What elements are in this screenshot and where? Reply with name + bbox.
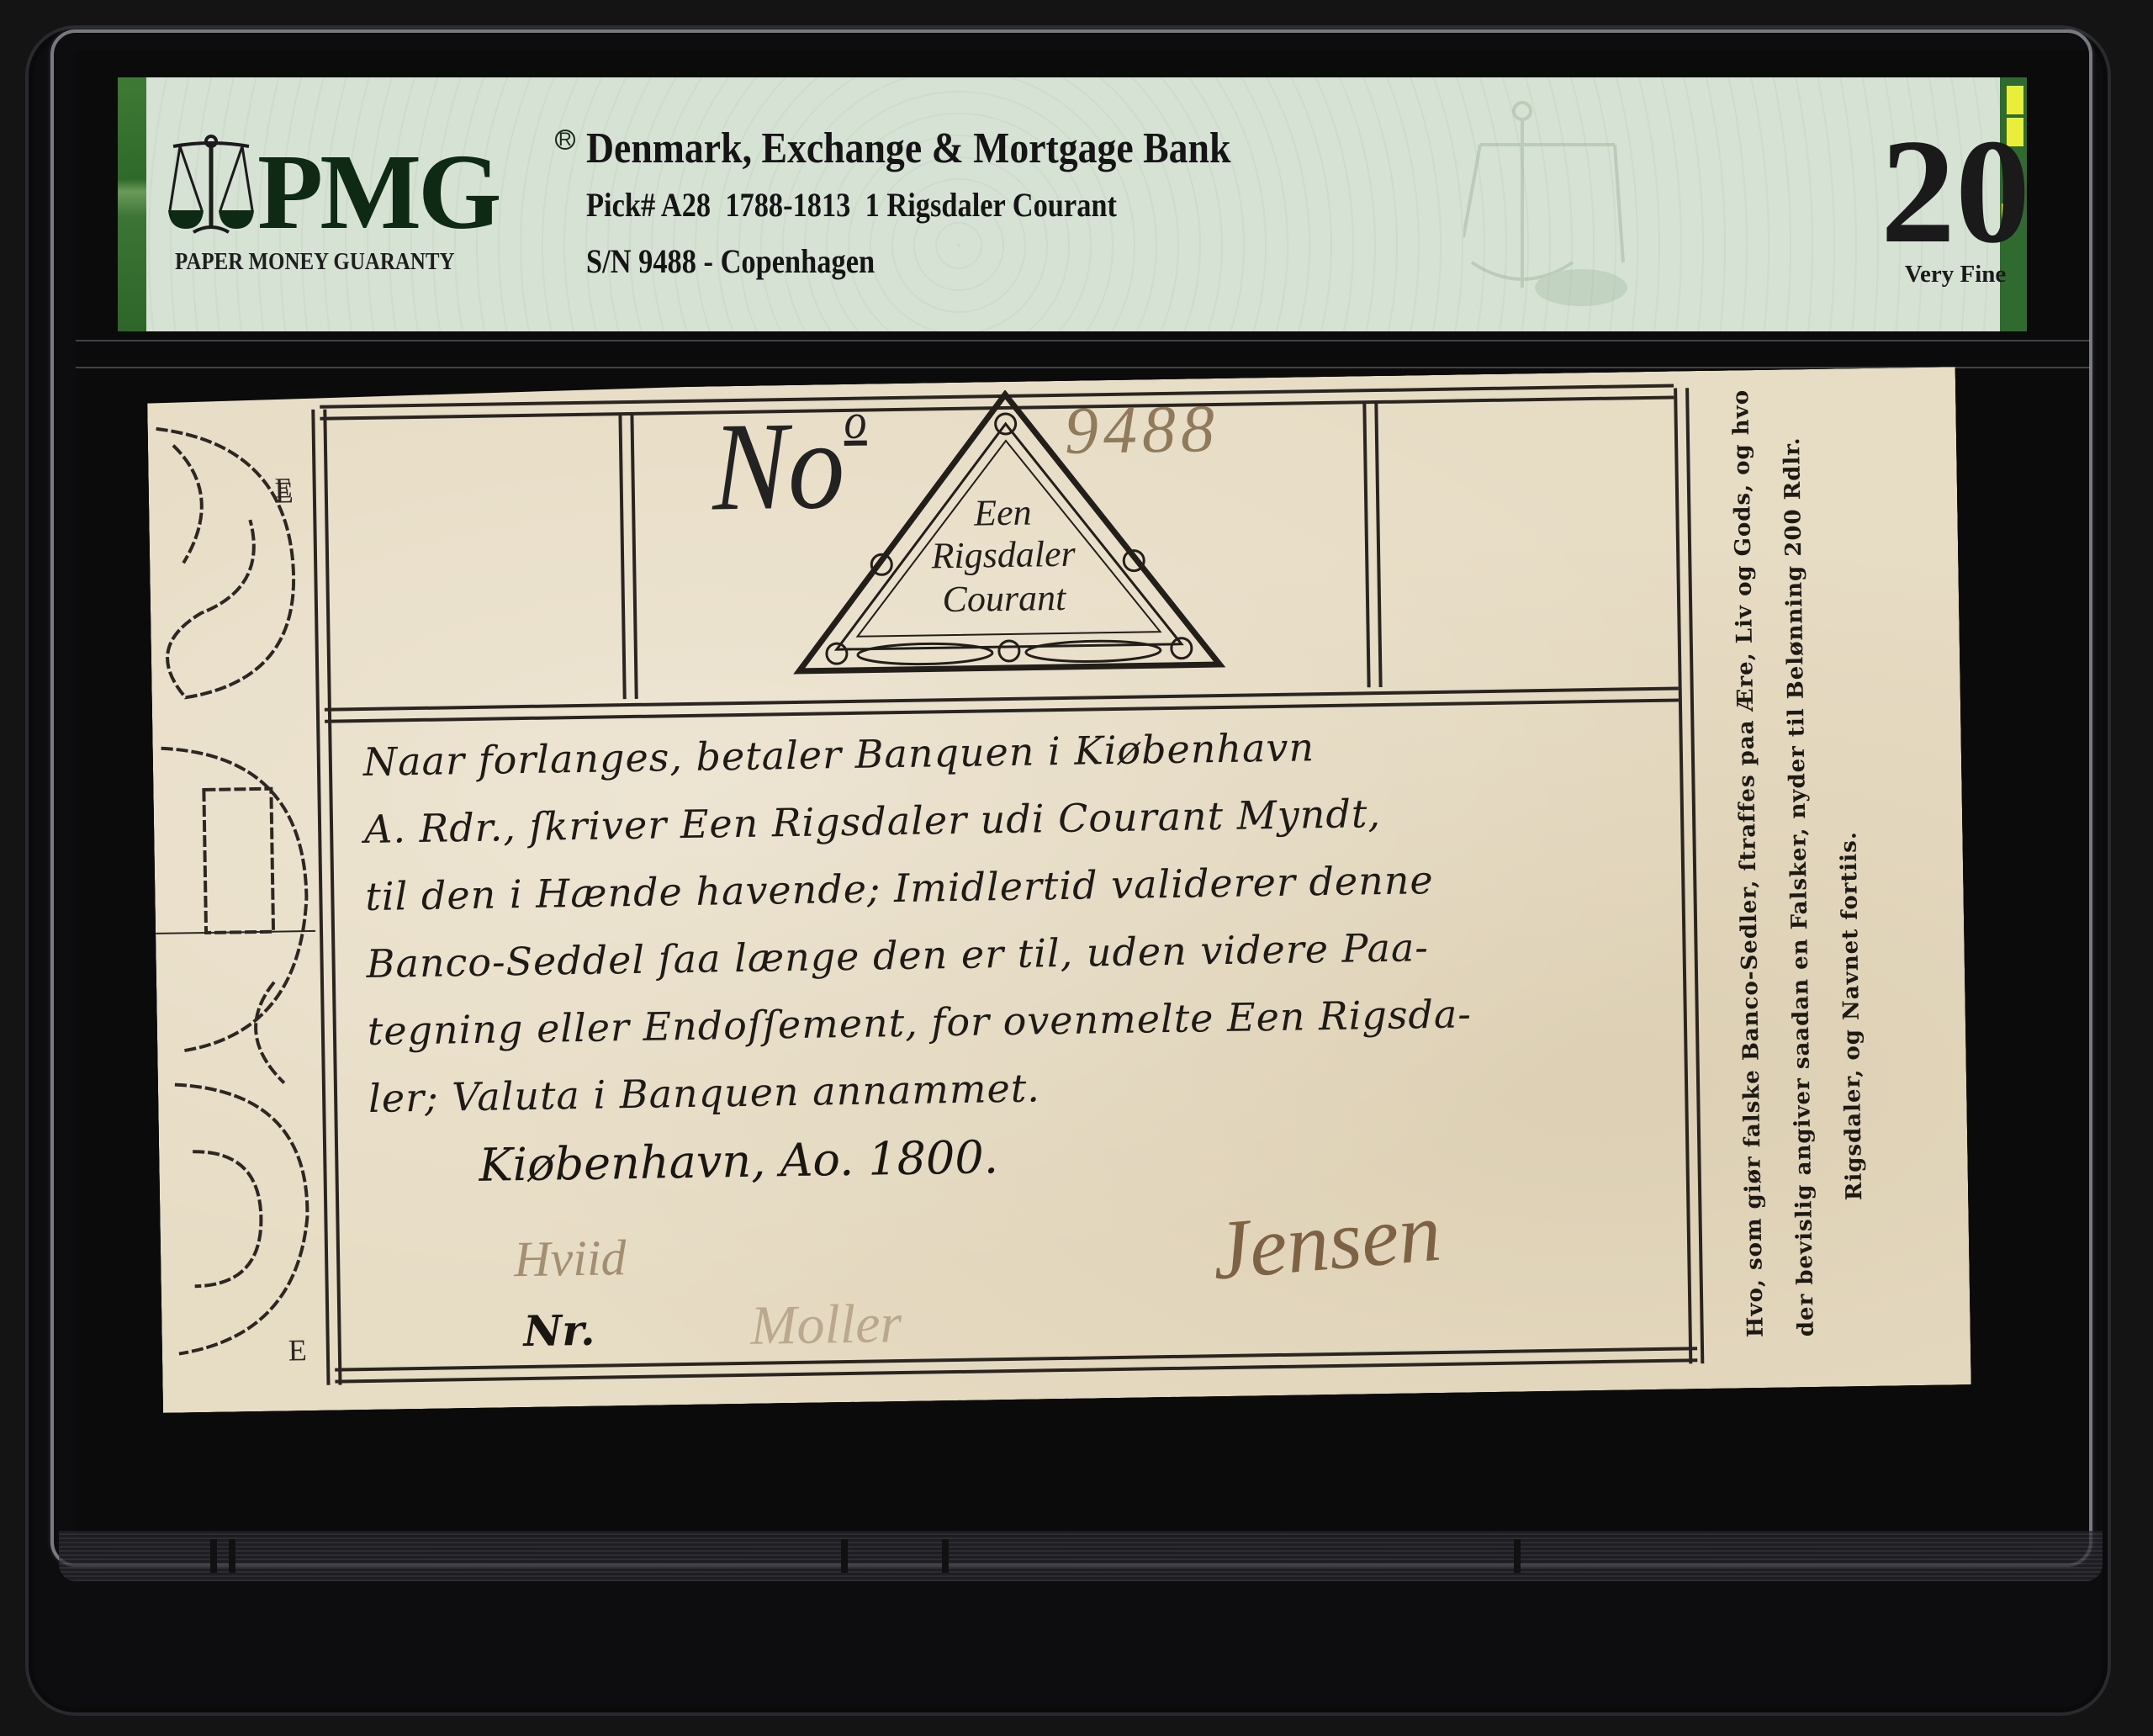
holder-rail-line [76,367,2090,368]
note-issuer-title: Denmark, Exchange & Mortgage Bank [586,124,1230,173]
side-text-column: Hvo, som giør falske Banco-Sedler, ſtraf… [1728,395,1777,1337]
seal-notch [942,1539,949,1573]
triangle-text-rigsdaler: Rigsdaler [930,533,1076,577]
seal-notch [841,1539,848,1573]
registered-trademark-icon: R [555,130,575,150]
seal-notch [229,1539,235,1573]
nr-mark: Nr. [523,1305,595,1356]
holder-seal-band [59,1531,2103,1581]
scales-watermark-icon [1463,94,1632,321]
grade-number: 20 [1859,119,2052,262]
scales-of-justice-icon [168,135,254,237]
side-penalty-text: Hvo, som giør falske Banco-Sedler, ſtraf… [1720,393,1903,1337]
seal-notch [210,1539,217,1573]
pmg-grading-label: PMG R PAPER MONEY GUARANTY Denmark, Exch… [118,77,2027,331]
holder-rail-line [76,340,2090,341]
promissory-text: Naar forlanges, betaler Banquen i Kiøben… [362,707,1689,1132]
note-serial-line: S/N 9488 - Copenhagen [586,241,875,281]
denomination-triangle: Een Rigsdaler Courant [786,387,1228,680]
pmg-logo: PMG [168,136,499,237]
side-text-column: Rigsdaler, og Navnet fortiis. [1836,831,1877,1336]
seal-notch [1514,1539,1521,1573]
pmg-tagline: PAPER MONEY GUARANTY [175,248,455,276]
grade-description: Very Fine [1859,261,2052,288]
label-green-stripe-left [118,77,146,331]
side-text-column: der bevislig angiver saadan en Falsker, … [1780,495,1828,1337]
svg-text:E: E [288,1333,308,1367]
corner-letter-top: E [274,473,292,505]
note-frame-divider [1362,401,1382,687]
pmg-wordmark: PMG [257,146,499,237]
acanthus-ornament-panel: E E [147,393,336,1413]
signature-3: Jensen [1209,1183,1445,1299]
triangle-text-courant: Courant [942,577,1067,620]
signature-2: Moller [750,1292,902,1358]
banknote: E E E Noo 9488 Een Rigsdaler [147,367,1971,1413]
place-and-date: Kiøbenhavn, Ao. 1800. [479,1130,998,1192]
note-frame-divider [618,413,637,699]
signature-1: Hviid [514,1229,627,1289]
note-catalog-line: Pick# A28 1788-1813 1 Rigsdaler Courant [586,185,1117,225]
triangle-text-een: Een [973,492,1032,534]
